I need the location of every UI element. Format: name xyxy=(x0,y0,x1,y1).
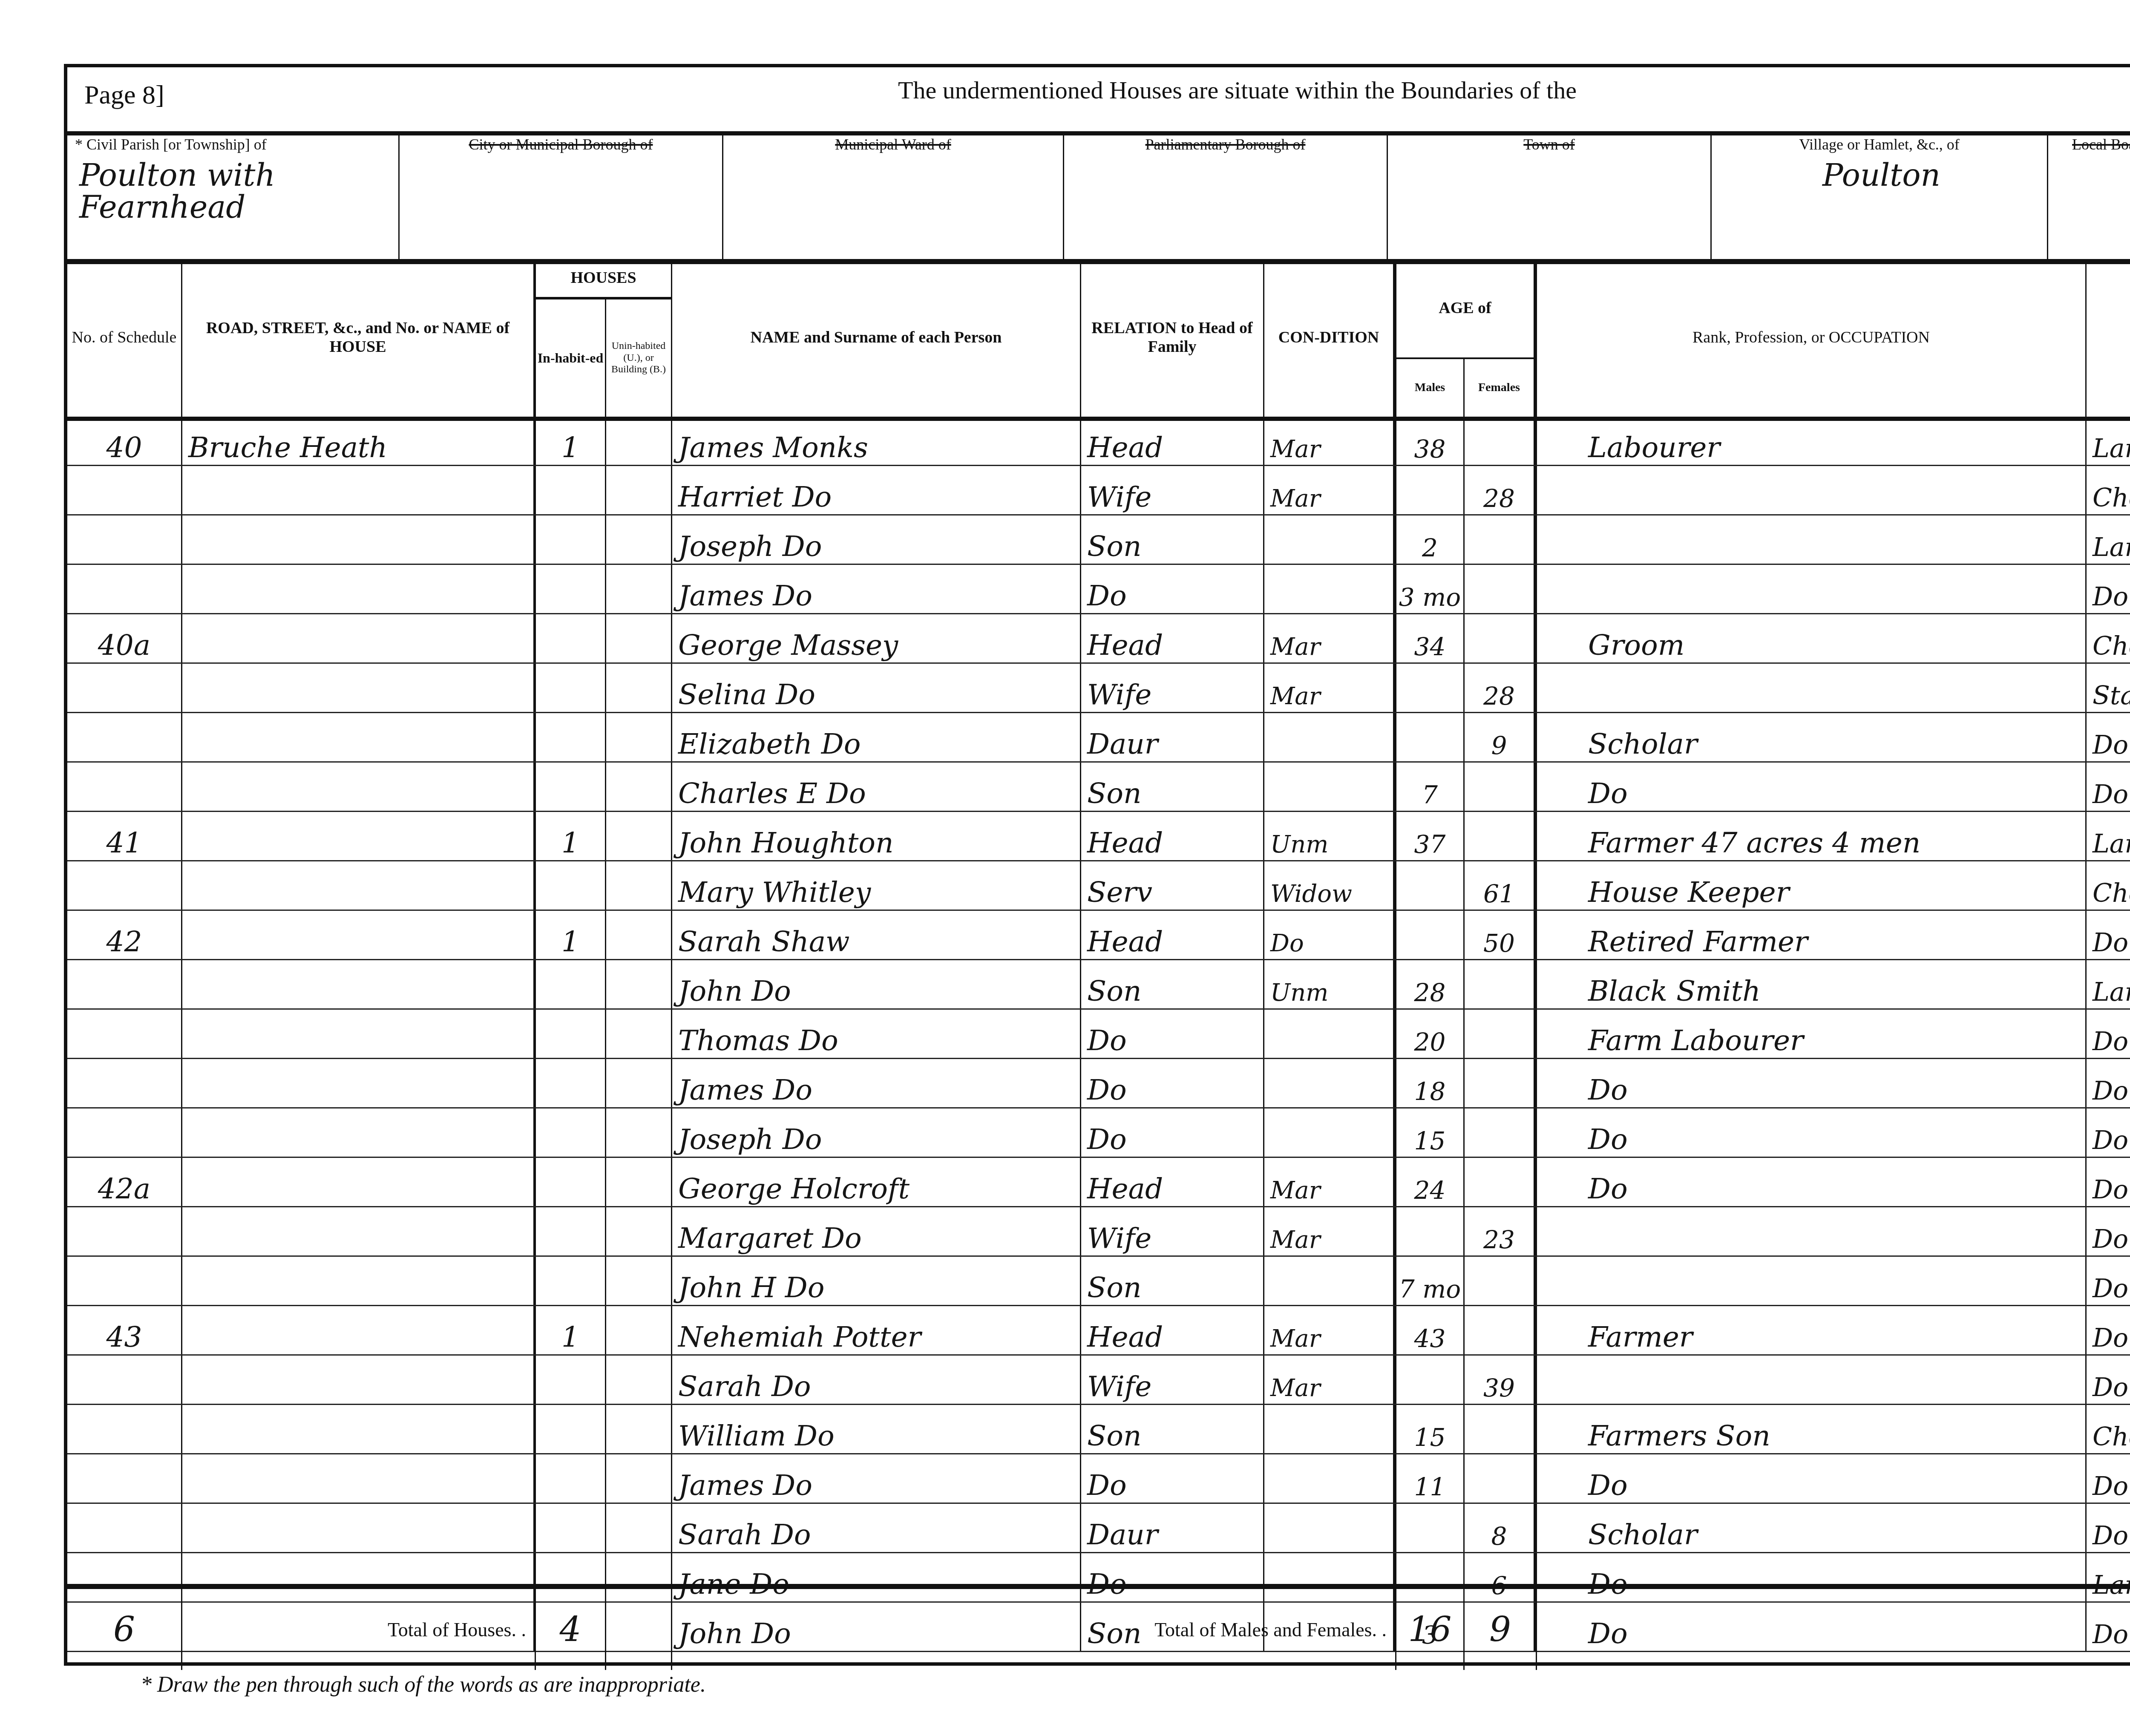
schedule-number: 40 xyxy=(67,417,182,465)
marital-condition: Widow xyxy=(1264,861,1396,910)
relation-to-head: Do xyxy=(1081,1059,1264,1107)
marital-condition xyxy=(1264,1257,1396,1305)
inhabited-text: 1 xyxy=(561,828,579,858)
schedule-text: 42a xyxy=(98,1174,150,1203)
census-row: 42a George Holcroft Head Mar 24 Do Do Cu… xyxy=(67,1158,2130,1207)
condition-text: Widow xyxy=(1270,882,1352,907)
male-text: 15 xyxy=(1414,1425,1446,1451)
inhabited-count: 1 xyxy=(536,1306,606,1354)
schedule-number xyxy=(67,1454,182,1503)
female-age: 9 xyxy=(1465,713,1537,761)
name-text: John Houghton xyxy=(678,828,894,858)
person-name: Elizabeth Do xyxy=(672,713,1081,761)
census-row: Joseph Do Son 2 Lancashire Warrington xyxy=(67,515,2130,565)
female-age xyxy=(1465,812,1537,860)
female-age xyxy=(1465,1257,1537,1305)
person-name: Sarah Do xyxy=(672,1356,1081,1404)
inhabited-count xyxy=(536,1108,606,1157)
male-text: 11 xyxy=(1414,1474,1446,1500)
male-age xyxy=(1396,1356,1465,1404)
relation-text: Do xyxy=(1087,1026,1127,1055)
male-age xyxy=(1396,911,1465,959)
occupation: Retired Farmer xyxy=(1537,911,2087,959)
person-name: George Massey xyxy=(672,614,1081,662)
person-name: James Do xyxy=(672,565,1081,613)
relation-to-head: Serv xyxy=(1081,861,1264,910)
road-name xyxy=(182,1504,536,1552)
male-age: 3 mo xyxy=(1396,565,1465,613)
birthplace: Do Do xyxy=(2087,1010,2130,1058)
relation-text: Head xyxy=(1087,1174,1163,1203)
census-row: 43 1 Nehemiah Potter Head Mar 43 Farmer … xyxy=(67,1306,2130,1356)
person-name: James Monks xyxy=(672,417,1081,465)
schedule-number: 40a xyxy=(67,614,182,662)
person-name: Margaret Do xyxy=(672,1207,1081,1255)
female-age: 28 xyxy=(1465,466,1537,514)
male-age: 18 xyxy=(1396,1059,1465,1107)
male-text: 28 xyxy=(1414,980,1446,1006)
occupation-text: Do xyxy=(1588,1174,1628,1203)
col-relation: RELATION to Head of Family xyxy=(1081,259,1264,417)
name-text: Thomas Do xyxy=(678,1026,838,1055)
name-text: John Do xyxy=(678,976,791,1006)
condition-text: Mar xyxy=(1270,1228,1321,1253)
occupation: Farmers Son xyxy=(1537,1405,2087,1453)
relation-to-head: Son xyxy=(1081,960,1264,1008)
occupation xyxy=(1537,1257,2087,1305)
district-town: Town of xyxy=(1388,131,1712,259)
total-females: 9 xyxy=(1465,1589,1537,1670)
born-text: Do Do xyxy=(2093,1275,2130,1302)
marital-condition: Mar xyxy=(1264,1158,1396,1206)
road-name xyxy=(182,1010,536,1058)
relation-text: Head xyxy=(1087,828,1163,858)
relation-text: Do xyxy=(1087,581,1127,610)
census-row: 40 Bruche Heath 1 James Monks Head Mar 3… xyxy=(67,417,2130,466)
schedule-number: 43 xyxy=(67,1306,182,1354)
relation-text: Wife xyxy=(1087,1372,1151,1401)
census-row: 42 1 Sarah Shaw Head Do 50 Retired Farme… xyxy=(67,911,2130,960)
occupation-text: Groom xyxy=(1588,630,1684,660)
occupation: Farm Labourer xyxy=(1537,1010,2087,1058)
person-name: John Houghton xyxy=(672,812,1081,860)
col-uninhabited: Unin-habited (U.), or Building (B.) xyxy=(606,299,672,417)
person-name: William Do xyxy=(672,1405,1081,1453)
person-name: John H Do xyxy=(672,1257,1081,1305)
birthplace: Lancashire Warrington xyxy=(2087,515,2130,564)
born-text: Lancashire Warrington xyxy=(2093,534,2130,561)
inhabited-count: 1 xyxy=(536,812,606,860)
birthplace: Do Fearnhead xyxy=(2087,1356,2130,1404)
census-row: 40a George Massey Head Mar 34 Groom Ches… xyxy=(67,614,2130,664)
schedule-number xyxy=(67,713,182,761)
inhabited-count xyxy=(536,713,606,761)
inhabited-count xyxy=(536,763,606,811)
relation-text: Head xyxy=(1087,630,1163,660)
name-text: Charles E Do xyxy=(678,779,866,808)
birthplace: Do Do xyxy=(2087,1504,2130,1552)
born-text: Do Do xyxy=(2093,1127,2130,1154)
census-row: Harriet Do Wife Mar 28 Cheshire Stretton… xyxy=(67,466,2130,515)
name-text: William Do xyxy=(678,1421,835,1451)
male-text: 3 mo xyxy=(1399,584,1461,610)
uninhabited-mark xyxy=(606,565,672,613)
col-males: Males xyxy=(1396,359,1465,417)
road-name xyxy=(182,911,536,959)
inhabited-count xyxy=(536,861,606,910)
name-text: Sarah Do xyxy=(678,1520,811,1549)
census-row: Joseph Do Do 15 Do Do Do xyxy=(67,1108,2130,1158)
relation-to-head: Do xyxy=(1081,1108,1264,1157)
schedule-number xyxy=(67,466,182,514)
born-text: Do Do xyxy=(2093,1078,2130,1105)
relation-to-head: Son xyxy=(1081,1405,1264,1453)
relation-to-head: Wife xyxy=(1081,466,1264,514)
relation-text: Son xyxy=(1087,976,1141,1006)
census-page: Page 8] The undermentioned Houses are si… xyxy=(64,64,2130,1666)
female-text: 9 xyxy=(1491,733,1507,759)
relation-text: Daur xyxy=(1087,1520,1158,1549)
male-age xyxy=(1396,1504,1465,1552)
born-text: Cheshire Rostherne xyxy=(2093,633,2130,660)
inhabited-count xyxy=(536,614,606,662)
female-age xyxy=(1465,565,1537,613)
female-age xyxy=(1465,1010,1537,1058)
marital-condition: Unm xyxy=(1264,812,1396,860)
relation-text: Do xyxy=(1087,1471,1127,1500)
condition-text: Do xyxy=(1270,931,1304,956)
birthplace: Cheshire Stretton xyxy=(2087,466,2130,514)
relation-text: Wife xyxy=(1087,482,1151,512)
born-text: Lancashire Blackburn xyxy=(2093,435,2130,462)
person-name: James Do xyxy=(672,1454,1081,1503)
schedule-number xyxy=(67,515,182,564)
marital-condition: Do xyxy=(1264,911,1396,959)
marital-condition: Mar xyxy=(1264,1356,1396,1404)
schedule-number: 42a xyxy=(67,1158,182,1206)
birthplace: Do Padgate xyxy=(2087,565,2130,613)
born-text: Do Do xyxy=(2093,1028,2130,1055)
inhabited-count xyxy=(536,1257,606,1305)
occupation-text: Farmers Son xyxy=(1588,1421,1770,1451)
schedule-text: 40 xyxy=(106,433,142,462)
condition-text: Mar xyxy=(1270,1376,1321,1401)
birthplace: Do Do xyxy=(2087,1108,2130,1157)
marital-condition xyxy=(1264,1108,1396,1157)
road-name xyxy=(182,1059,536,1107)
female-text: 28 xyxy=(1483,683,1515,709)
marital-condition: Unm xyxy=(1264,960,1396,1008)
total-schedules: 6 xyxy=(67,1589,182,1670)
occupation: Do xyxy=(1537,1158,2087,1206)
relation-to-head: Do xyxy=(1081,1010,1264,1058)
occupation-text: Labourer xyxy=(1588,433,1720,462)
occupation: Farmer 47 acres 4 men xyxy=(1537,812,2087,860)
total-houses-uninhabited xyxy=(606,1589,672,1670)
name-text: James Do xyxy=(678,581,812,610)
occupation-text: Retired Farmer xyxy=(1588,927,1808,956)
name-text: George Massey xyxy=(678,630,898,660)
district-civil-parish: * Civil Parish [or Township] of Poulton … xyxy=(67,131,400,259)
inhabited-count xyxy=(536,565,606,613)
uninhabited-mark xyxy=(606,1010,672,1058)
male-age: 24 xyxy=(1396,1158,1465,1206)
road-name xyxy=(182,812,536,860)
relation-to-head: Son xyxy=(1081,763,1264,811)
inhabited-count: 1 xyxy=(536,911,606,959)
road-name xyxy=(182,713,536,761)
relation-text: Son xyxy=(1087,532,1141,561)
birthplace: Do Culcheth xyxy=(2087,1158,2130,1206)
condition-text: Mar xyxy=(1270,487,1321,512)
person-name: Selina Do xyxy=(672,664,1081,712)
person-name: Thomas Do xyxy=(672,1010,1081,1058)
census-row: Thomas Do Do 20 Farm Labourer Do Do xyxy=(67,1010,2130,1059)
schedule-number xyxy=(67,1010,182,1058)
born-text: Cheshire Stretton xyxy=(2093,880,2130,907)
marital-condition xyxy=(1264,1010,1396,1058)
female-age: 8 xyxy=(1465,1504,1537,1552)
inhabited-count xyxy=(536,1010,606,1058)
inhabited-text: 1 xyxy=(561,433,579,462)
born-text: Lancashire Woolston xyxy=(2093,831,2130,858)
marital-condition: Mar xyxy=(1264,1306,1396,1354)
birthplace: Cheshire Crewe xyxy=(2087,1405,2130,1453)
relation-to-head: Wife xyxy=(1081,664,1264,712)
inhabited-count xyxy=(536,1504,606,1552)
uninhabited-mark xyxy=(606,1257,672,1305)
male-text: 38 xyxy=(1414,436,1446,462)
name-text: Elizabeth Do xyxy=(678,729,861,759)
born-text: Cheshire Crewe xyxy=(2093,1424,2130,1451)
name-text: Margaret Do xyxy=(678,1224,862,1253)
totals-row: 6 Total of Houses. . 4 Total of Males an… xyxy=(67,1584,2130,1670)
inhabited-count xyxy=(536,960,606,1008)
marital-condition xyxy=(1264,1454,1396,1503)
inhabited-count xyxy=(536,1059,606,1107)
occupation-text: Scholar xyxy=(1588,1520,1697,1549)
district-municipal-ward: Municipal Ward of xyxy=(723,131,1064,259)
uninhabited-mark xyxy=(606,1405,672,1453)
birthplace: Do Woolston xyxy=(2087,1306,2130,1354)
inhabited-count xyxy=(536,1158,606,1206)
occupation: Scholar xyxy=(1537,713,2087,761)
relation-text: Head xyxy=(1087,927,1163,956)
female-age: 61 xyxy=(1465,861,1537,910)
uninhabited-mark xyxy=(606,1504,672,1552)
relation-to-head: Son xyxy=(1081,515,1264,564)
female-age xyxy=(1465,1405,1537,1453)
birthplace: Do Poulton xyxy=(2087,1207,2130,1255)
birthplace: Do Grappenhall xyxy=(2087,911,2130,959)
occupation-text: Do xyxy=(1588,1471,1628,1500)
occupation-text: Farmer xyxy=(1588,1322,1692,1352)
relation-to-head: Do xyxy=(1081,565,1264,613)
column-headers: No. of Schedule ROAD, STREET, &c., and N… xyxy=(67,259,2130,421)
female-text: 61 xyxy=(1483,881,1515,907)
male-age: 7 xyxy=(1396,763,1465,811)
uninhabited-mark xyxy=(606,1158,672,1206)
uninhabited-mark xyxy=(606,417,672,465)
condition-text: Unm xyxy=(1270,832,1328,858)
male-age: 38 xyxy=(1396,417,1465,465)
occupation: Do xyxy=(1537,1108,2087,1157)
born-text: Do Do xyxy=(2093,1473,2130,1500)
road-name xyxy=(182,763,536,811)
occupation xyxy=(1537,1356,2087,1404)
schedule-text: 41 xyxy=(106,828,142,858)
person-name: Mary Whitley xyxy=(672,861,1081,910)
uninhabited-mark xyxy=(606,960,672,1008)
male-age: 43 xyxy=(1396,1306,1465,1354)
census-row: 41 1 John Houghton Head Unm 37 Farmer 47… xyxy=(67,812,2130,861)
schedule-number: 41 xyxy=(67,812,182,860)
person-name: John Do xyxy=(672,960,1081,1008)
birthplace: Do Do xyxy=(2087,1454,2130,1503)
census-row: James Do Do 11 Do Do Do x xyxy=(67,1454,2130,1504)
road-name xyxy=(182,1257,536,1305)
occupation: Do xyxy=(1537,763,2087,811)
female-text: 28 xyxy=(1483,486,1515,512)
female-age: 39 xyxy=(1465,1356,1537,1404)
relation-to-head: Son xyxy=(1081,1257,1264,1305)
uninhabited-mark xyxy=(606,614,672,662)
uninhabited-mark xyxy=(606,1207,672,1255)
born-text: Do Do xyxy=(2093,781,2130,808)
occupation xyxy=(1537,1207,2087,1255)
person-name: Sarah Do xyxy=(672,1504,1081,1552)
road-name xyxy=(182,1405,536,1453)
inhabited-count xyxy=(536,1356,606,1404)
relation-text: Wife xyxy=(1087,1224,1151,1253)
occupation-text: Black Smith xyxy=(1588,976,1761,1006)
marital-condition xyxy=(1264,565,1396,613)
schedule-text: 43 xyxy=(106,1322,142,1352)
uninhabited-mark xyxy=(606,1454,672,1503)
uninhabited-mark xyxy=(606,664,672,712)
name-text: James Do xyxy=(678,1471,812,1500)
female-age xyxy=(1465,417,1537,465)
schedule-number xyxy=(67,1207,182,1255)
road-name xyxy=(182,1158,536,1206)
female-text: 8 xyxy=(1491,1523,1507,1549)
census-row: John H Do Son 7 mo Do Do xyxy=(67,1257,2130,1306)
census-rows: 40 Bruche Heath 1 James Monks Head Mar 3… xyxy=(67,417,2130,1652)
schedule-number xyxy=(67,763,182,811)
male-age xyxy=(1396,713,1465,761)
female-age xyxy=(1465,1158,1537,1206)
female-age xyxy=(1465,1306,1537,1354)
male-age xyxy=(1396,861,1465,910)
occupation-text: Farm Labourer xyxy=(1588,1026,1804,1055)
inhabited-count xyxy=(536,466,606,514)
relation-to-head: Head xyxy=(1081,614,1264,662)
census-row: James Do Do 3 mo Do Padgate xyxy=(67,565,2130,614)
male-text: 34 xyxy=(1414,634,1446,660)
col-name: NAME and Surname of each Person xyxy=(672,259,1081,417)
footnote: * Draw the pen through such of the words… xyxy=(141,1672,706,1697)
col-occupation: Rank, Profession, or OCCUPATION xyxy=(1537,259,2087,417)
col-houses: HOUSES xyxy=(536,259,672,299)
birthplace: Do Do xyxy=(2087,713,2130,761)
inhabited-text: 1 xyxy=(561,927,579,956)
occupation: Farmer xyxy=(1537,1306,2087,1354)
col-where-born: WHERE BORN xyxy=(2087,259,2130,417)
road-name xyxy=(182,466,536,514)
condition-text: Mar xyxy=(1270,684,1321,709)
female-age xyxy=(1465,763,1537,811)
census-row: James Do Do 18 Do Do Do xyxy=(67,1059,2130,1108)
male-age xyxy=(1396,466,1465,514)
census-row: Charles E Do Son 7 Do Do Do + xyxy=(67,763,2130,812)
district-parliamentary-borough: Parliamentary Borough of xyxy=(1064,131,1388,259)
page-number: Page 8] xyxy=(84,80,164,110)
district-local-board: Local Board, or [Improvement Commissione… xyxy=(2048,131,2130,259)
road-name xyxy=(182,664,536,712)
name-text: Selina Do xyxy=(678,680,815,709)
schedule-number xyxy=(67,1405,182,1453)
marital-condition: Mar xyxy=(1264,417,1396,465)
condition-text: Mar xyxy=(1270,1327,1321,1352)
occupation: Labourer xyxy=(1537,417,2087,465)
male-age xyxy=(1396,1207,1465,1255)
male-text: 24 xyxy=(1414,1177,1446,1203)
born-text: Do Culcheth xyxy=(2093,1177,2130,1203)
uninhabited-mark xyxy=(606,515,672,564)
road-name xyxy=(182,565,536,613)
page-header: Page 8] The undermentioned Houses are si… xyxy=(67,67,2130,135)
col-road: ROAD, STREET, &c., and No. or NAME of HO… xyxy=(182,259,536,417)
relation-to-head: Head xyxy=(1081,911,1264,959)
inhabited-count xyxy=(536,1207,606,1255)
person-name: James Do xyxy=(672,1059,1081,1107)
marital-condition xyxy=(1264,713,1396,761)
born-text: Do Fearnhead xyxy=(2093,1374,2130,1401)
name-text: James Do xyxy=(678,1075,812,1105)
census-row: Elizabeth Do Daur 9 Scholar Do Do + xyxy=(67,713,2130,763)
relation-text: Serv xyxy=(1087,878,1152,907)
male-age: 2 xyxy=(1396,515,1465,564)
person-name: Harriet Do xyxy=(672,466,1081,514)
condition-text: Mar xyxy=(1270,437,1321,462)
schedule-number xyxy=(67,1504,182,1552)
birthplace: Do Do xyxy=(2087,1257,2130,1305)
male-age: 20 xyxy=(1396,1010,1465,1058)
born-text: Do Do xyxy=(2093,1523,2130,1549)
occupation-text: Do xyxy=(1588,779,1628,808)
male-text: 2 xyxy=(1422,535,1438,561)
born-text: Do Do xyxy=(2093,732,2130,759)
occupation: Black Smith xyxy=(1537,960,2087,1008)
birthplace: Lancashire Woolston xyxy=(2087,812,2130,860)
born-text: Cheshire Stretton xyxy=(2093,485,2130,512)
totals-blank: ✓ xyxy=(1537,1589,2130,1670)
female-age xyxy=(1465,1059,1537,1107)
male-age: 7 mo xyxy=(1396,1257,1465,1305)
male-text: 7 xyxy=(1422,782,1438,808)
col-age: AGE of xyxy=(1396,259,1537,359)
schedule-number xyxy=(67,1257,182,1305)
female-age xyxy=(1465,515,1537,564)
schedule-text: 42 xyxy=(106,927,142,956)
male-text: 7 mo xyxy=(1399,1276,1461,1302)
person-name: Joseph Do xyxy=(672,515,1081,564)
relation-text: Head xyxy=(1087,433,1163,462)
male-age: 15 xyxy=(1396,1108,1465,1157)
name-text: Joseph Do xyxy=(678,532,822,561)
female-text: 39 xyxy=(1483,1375,1515,1401)
male-age: 28 xyxy=(1396,960,1465,1008)
